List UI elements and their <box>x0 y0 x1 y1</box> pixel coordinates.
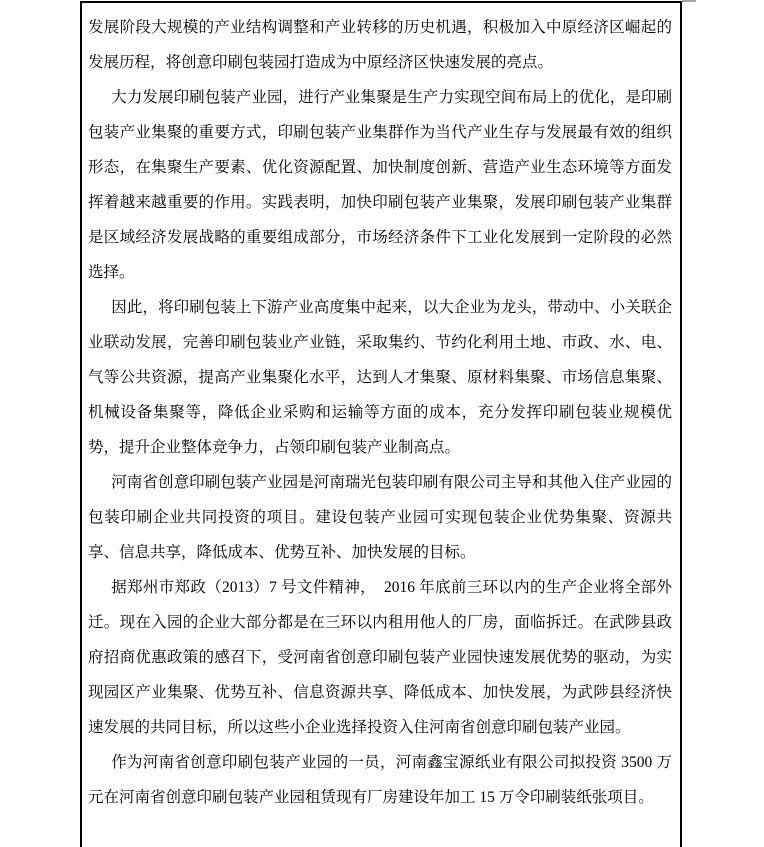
document-page: 发展阶段大规模的产业结构调整和产业转移的历史机遇，积极加入中原经济区崛起的发展历… <box>0 0 764 847</box>
paragraph: 据郑州市郑政（2013）7 号文件精神， 2016 年底前三环以内的生产企业将全… <box>88 570 672 745</box>
cell-text-content: 发展阶段大规模的产业结构调整和产业转移的历史机遇，积极加入中原经济区崛起的发展历… <box>88 10 672 815</box>
table-outer-border-stub <box>682 0 696 2</box>
table-cell: 发展阶段大规模的产业结构调整和产业转移的历史机遇，积极加入中原经济区崛起的发展历… <box>80 1 682 847</box>
paragraph: 河南省创意印刷包装产业园是河南瑞光包装印刷有限公司主导和其他入住产业园的包装印刷… <box>88 465 672 570</box>
paragraph-continuation: 发展阶段大规模的产业结构调整和产业转移的历史机遇，积极加入中原经济区崛起的发展历… <box>88 10 672 80</box>
paragraph: 大力发展印刷包装产业园，进行产业集聚是生产力实现空间布局上的优化，是印刷包装产业… <box>88 80 672 290</box>
paragraph: 因此，将印刷包装上下游产业高度集中起来，以大企业为龙头，带动中、小关联企业联动发… <box>88 290 672 465</box>
paragraph: 作为河南省创意印刷包装产业园的一员，河南鑫宝源纸业有限公司拟投资 3500 万元… <box>88 745 672 815</box>
